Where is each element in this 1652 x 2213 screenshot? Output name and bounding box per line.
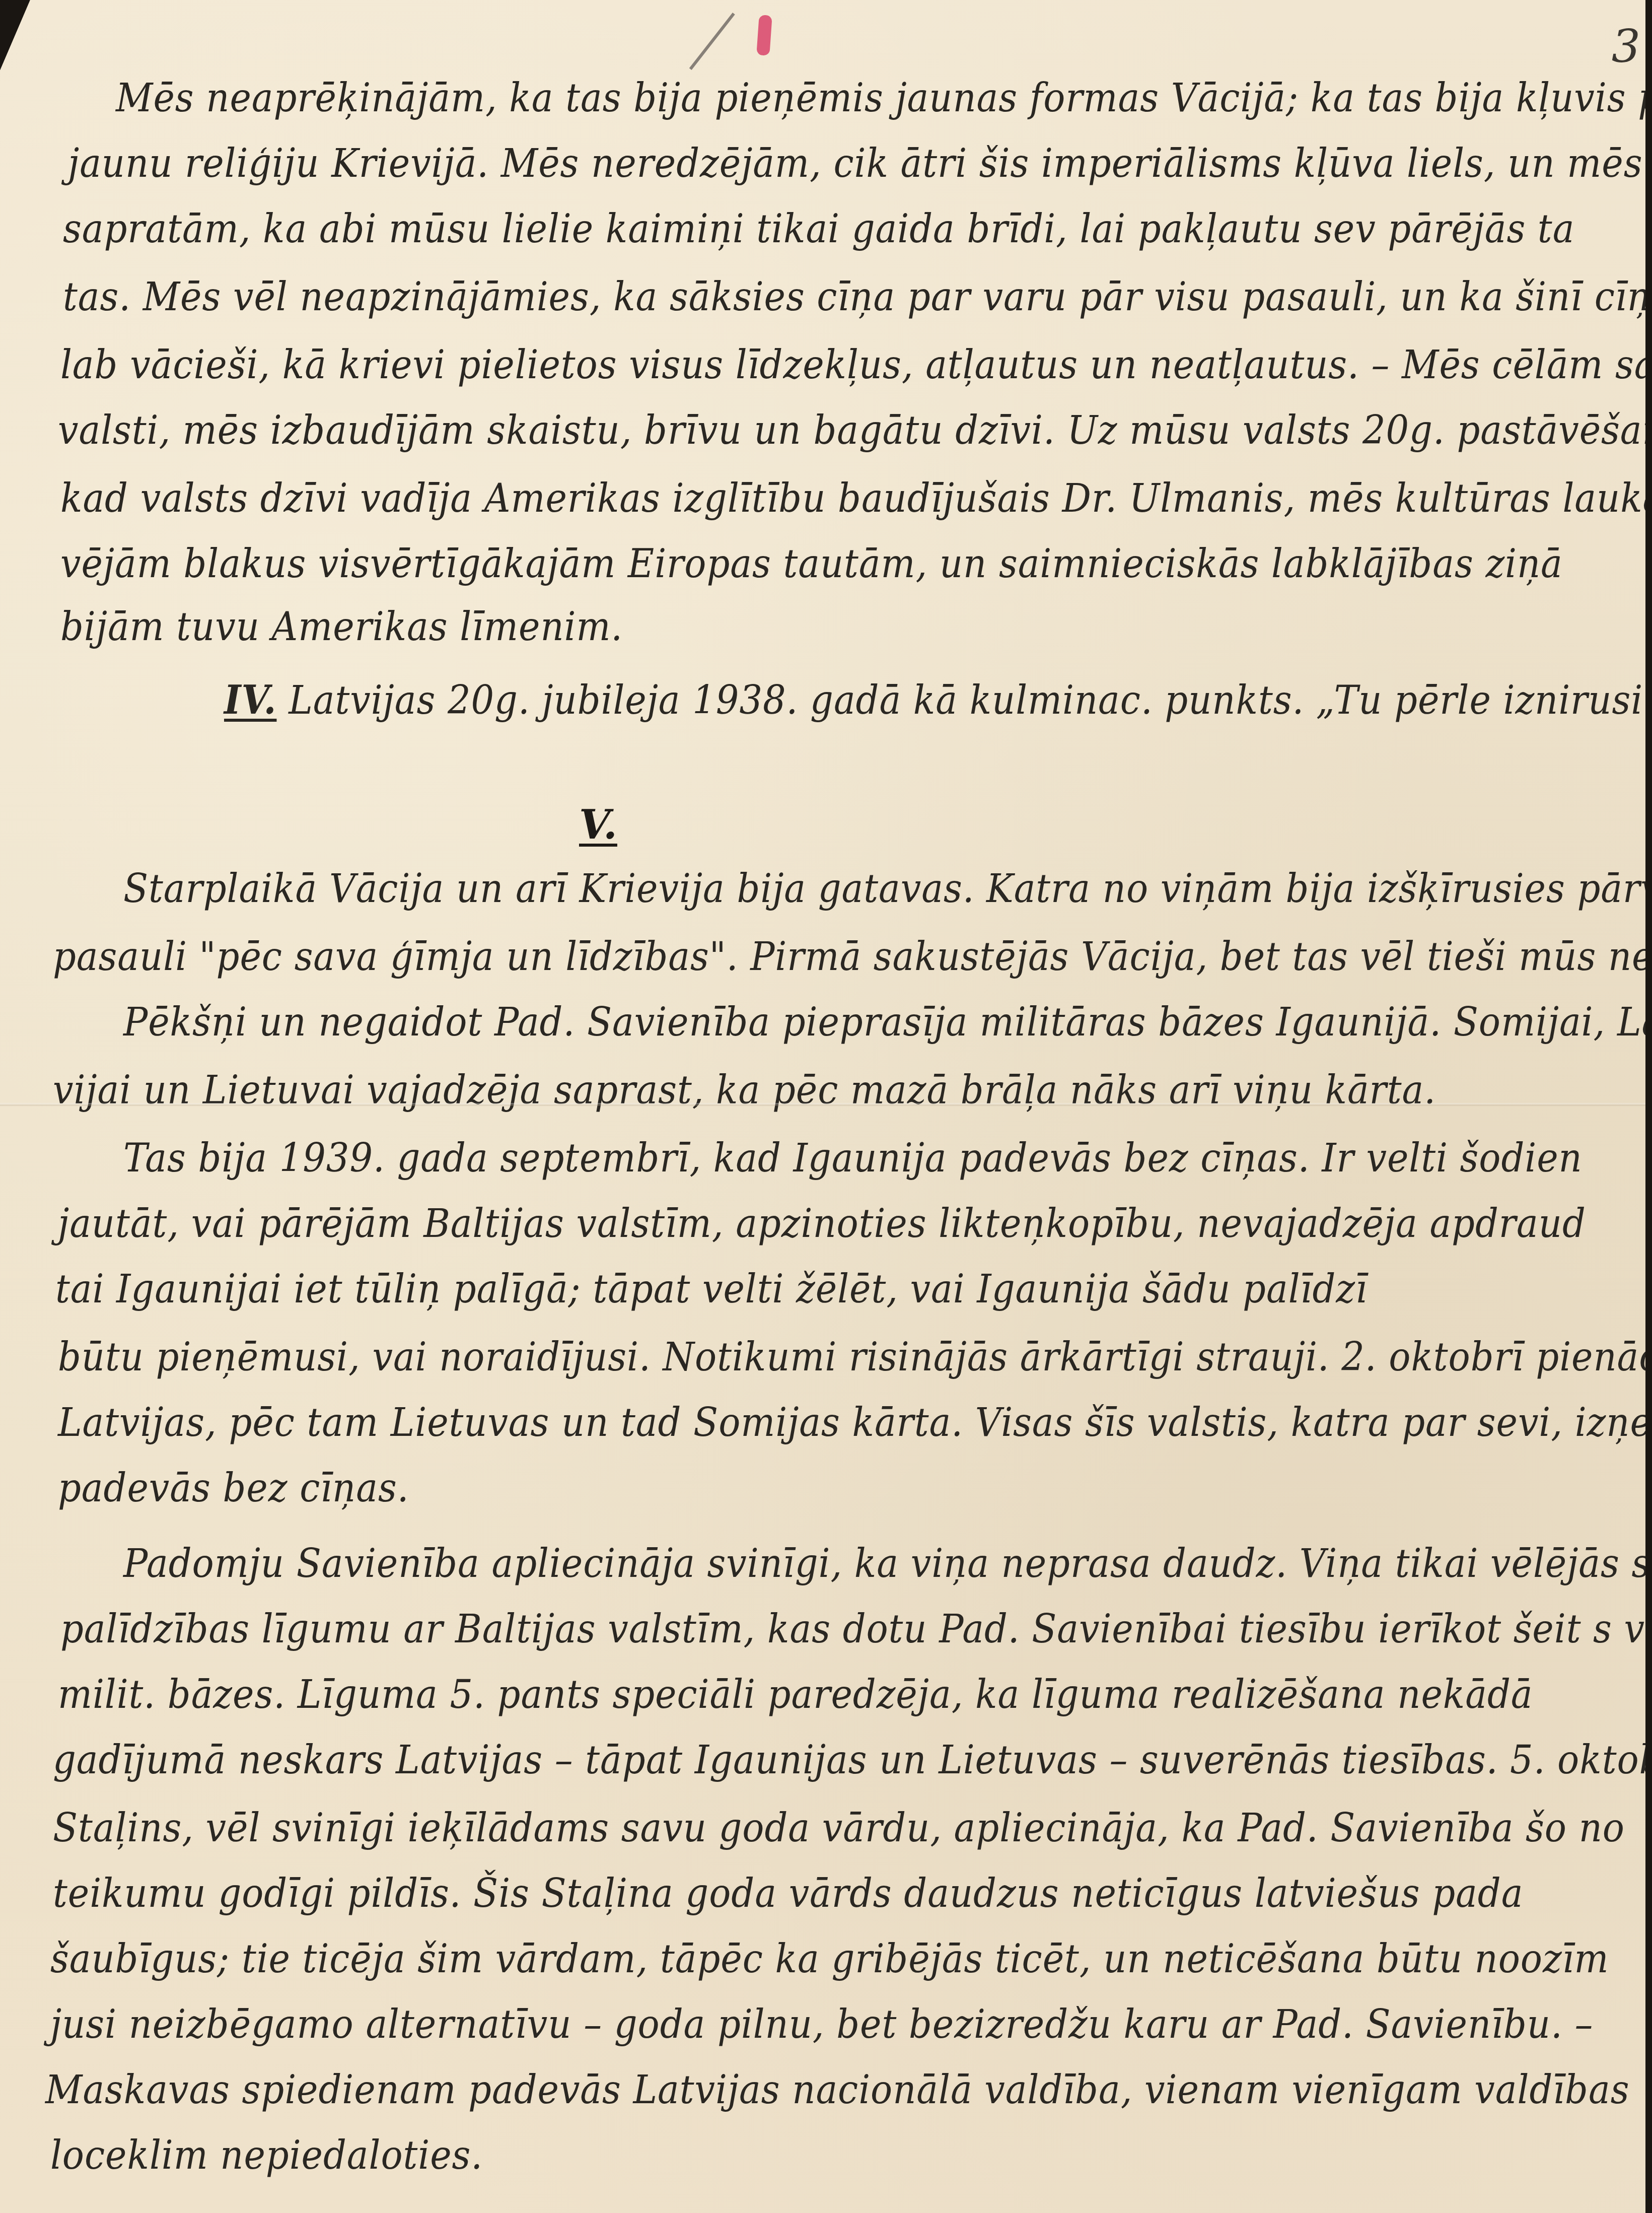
- text-line: gadījumā neskars Latvijas – tāpat Igauni…: [53, 1738, 1652, 1783]
- text-line: tas. Mēs vēl neapzinājāmies, ka sāksies …: [63, 274, 1652, 320]
- text-line: padevās bez cīņas.: [58, 1466, 409, 1511]
- section-iv-numeral: IV.: [224, 677, 276, 723]
- text-line: teikumu godīgi pildīs. Šis Staļina goda …: [53, 1871, 1523, 1916]
- text-line: Starplaikā Vācija un arī Krievija bija g…: [123, 866, 1652, 912]
- section-v-heading: V.: [579, 801, 617, 848]
- text-line: Padomju Savienība apliecināja svinīgi, k…: [123, 1541, 1652, 1586]
- document-page: 3 Mēs neaprēķinājām, ka tas bija pieņēmi…: [0, 0, 1645, 2213]
- text-line: lab vācieši, kā krievi pielietos visus l…: [60, 342, 1652, 388]
- text-line: jaunu reliģiju Krievijā. Mēs neredzējām,…: [68, 141, 1652, 186]
- red-pencil-mark-icon: [756, 15, 772, 56]
- text-line: sapratām, ka abi mūsu lielie kaimiņi tik…: [63, 206, 1574, 252]
- text-line: pasauli "pēc sava ģīmja un līdzības". Pi…: [53, 934, 1652, 980]
- text-line: Tas bija 1939. gada septembrī, kad Igaun…: [123, 1136, 1583, 1181]
- text-line: šaubīgus; tie ticēja šim vārdam, tāpēc k…: [50, 1937, 1609, 1982]
- text-line: Maskavas spiedienam padevās Latvijas nac…: [45, 2067, 1629, 2113]
- text-line: bijām tuvu Amerikas līmenim.: [60, 604, 623, 650]
- text-line: tai Igaunijai iet tūliņ palīgā; tāpat ve…: [55, 1267, 1368, 1312]
- pencil-slash-mark-icon: [689, 13, 735, 70]
- page-number: 3: [1612, 20, 1640, 73]
- text-line: Latvijas, pēc tam Lietuvas un tad Somija…: [58, 1400, 1652, 1445]
- text-line: jautāt, vai pārējām Baltijas valstīm, ap…: [58, 1201, 1586, 1247]
- text-line: milit. bāzes. Līguma 5. pants speciāli p…: [58, 1672, 1533, 1717]
- section-iv-line: IV. Latvijas 20g. jubileja 1938. gadā kā…: [224, 677, 1652, 723]
- text-line: vējām blakus visvērtīgākajām Eiropas tau…: [60, 541, 1563, 587]
- paper-fold: [0, 1103, 1645, 1106]
- text-line: Pēkšņi un negaidot Pad. Savienība piepra…: [123, 1000, 1652, 1045]
- section-iv-text: Latvijas 20g. jubileja 1938. gadā kā kul…: [289, 678, 1652, 723]
- text-line: jusi neizbēgamo alternatīvu – goda pilnu…: [50, 2002, 1593, 2047]
- text-line: Staļins, vēl svinīgi ieķīlādams savu god…: [53, 1806, 1625, 1851]
- text-line: loceklim nepiedaloties.: [50, 2133, 483, 2178]
- text-line: kad valsts dzīvi vadīja Amerikas izglītī…: [60, 476, 1652, 521]
- text-line: valsti, mēs izbaudījām skaistu, brīvu un…: [58, 408, 1652, 453]
- text-line: palīdzības līgumu ar Baltijas valstīm, k…: [60, 1607, 1652, 1652]
- text-line: vijai un Lietuvai vajadzēja saprast, ka …: [53, 1068, 1436, 1113]
- text-line: būtu pieņēmusi, vai noraidījusi. Notikum…: [58, 1335, 1652, 1380]
- text-line: Mēs neaprēķinājām, ka tas bija pieņēmis …: [116, 76, 1652, 121]
